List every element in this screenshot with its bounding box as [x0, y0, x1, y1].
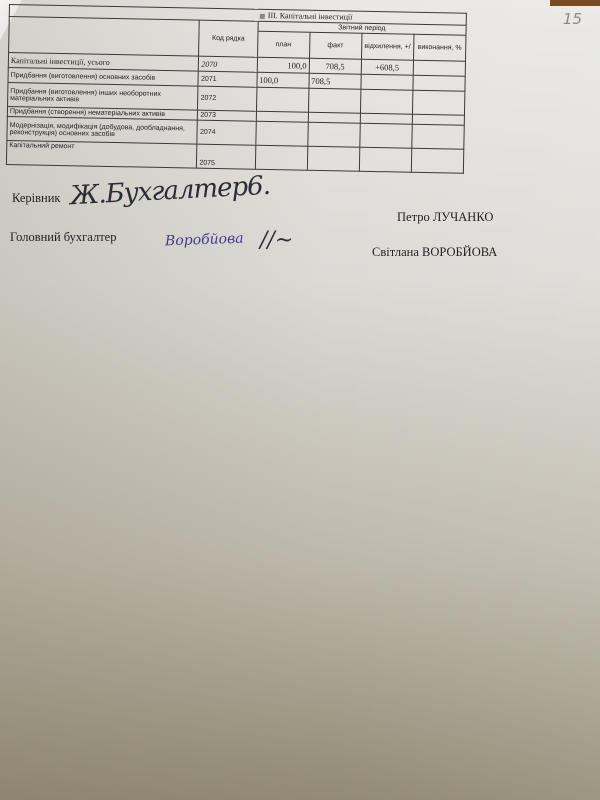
row-code: 2074 [197, 120, 256, 145]
header-code: Код рядка [199, 20, 258, 57]
director-signature: Ж.Бухгалтер6. [69, 171, 270, 211]
row-plan [256, 87, 309, 112]
capital-investments-table: ІІІ. Капітальні інвестиції Код рядка Зві… [6, 4, 467, 174]
row-completion [413, 60, 465, 76]
row-fact: 708,5 [309, 73, 361, 89]
row-completion [412, 124, 465, 149]
row-label: Придбання (виготовлення) інших необоротн… [8, 82, 199, 110]
row-plan [255, 145, 308, 170]
row-code: 2075 [197, 144, 256, 169]
row-deviation [360, 89, 413, 114]
row-deviation [360, 123, 413, 148]
row-plan [255, 121, 308, 146]
header-plan: план [257, 31, 310, 58]
row-fact: 708,5 [309, 58, 361, 74]
row-label: Капітальний ремонт [6, 140, 197, 168]
row-fact [307, 146, 360, 171]
header-fact: факт [309, 32, 362, 59]
row-label: Модернізація, модифікація (добудова, доо… [7, 116, 198, 144]
row-deviation [359, 147, 412, 172]
capital-investments-table-wrapper: ІІІ. Капітальні інвестиції Код рядка Зві… [6, 4, 469, 174]
bullet-icon [260, 13, 265, 18]
row-fact [307, 122, 360, 147]
background-edge [550, 0, 600, 6]
row-completion [412, 90, 465, 115]
accountant-signature: Воробйова [165, 231, 244, 250]
row-completion [411, 148, 464, 173]
row-deviation [361, 74, 413, 90]
row-code: 2071 [198, 71, 256, 87]
row-fact [308, 88, 361, 113]
header-completion: виконання, % [413, 34, 466, 61]
director-name: Петро ЛУЧАНКО [397, 210, 493, 225]
row-plan: 100,0 [257, 57, 309, 73]
row-code: 2072 [198, 86, 257, 111]
accountant-name: Світлана ВОРОБЙОВА [372, 245, 497, 260]
row-code: 2070 [199, 56, 257, 72]
director-role-label: Керівник [12, 191, 61, 206]
row-plan: 100,0 [256, 72, 308, 88]
header-deviation: відхилення, +/ [361, 33, 414, 60]
row-completion [413, 75, 465, 91]
accountant-role-label: Головний бухгалтер [10, 230, 116, 245]
page-number: 15 [563, 10, 582, 28]
row-deviation: +608,5 [361, 59, 413, 75]
header-label-blank [9, 17, 200, 57]
accountant-signature-mark: //~ [260, 228, 293, 253]
